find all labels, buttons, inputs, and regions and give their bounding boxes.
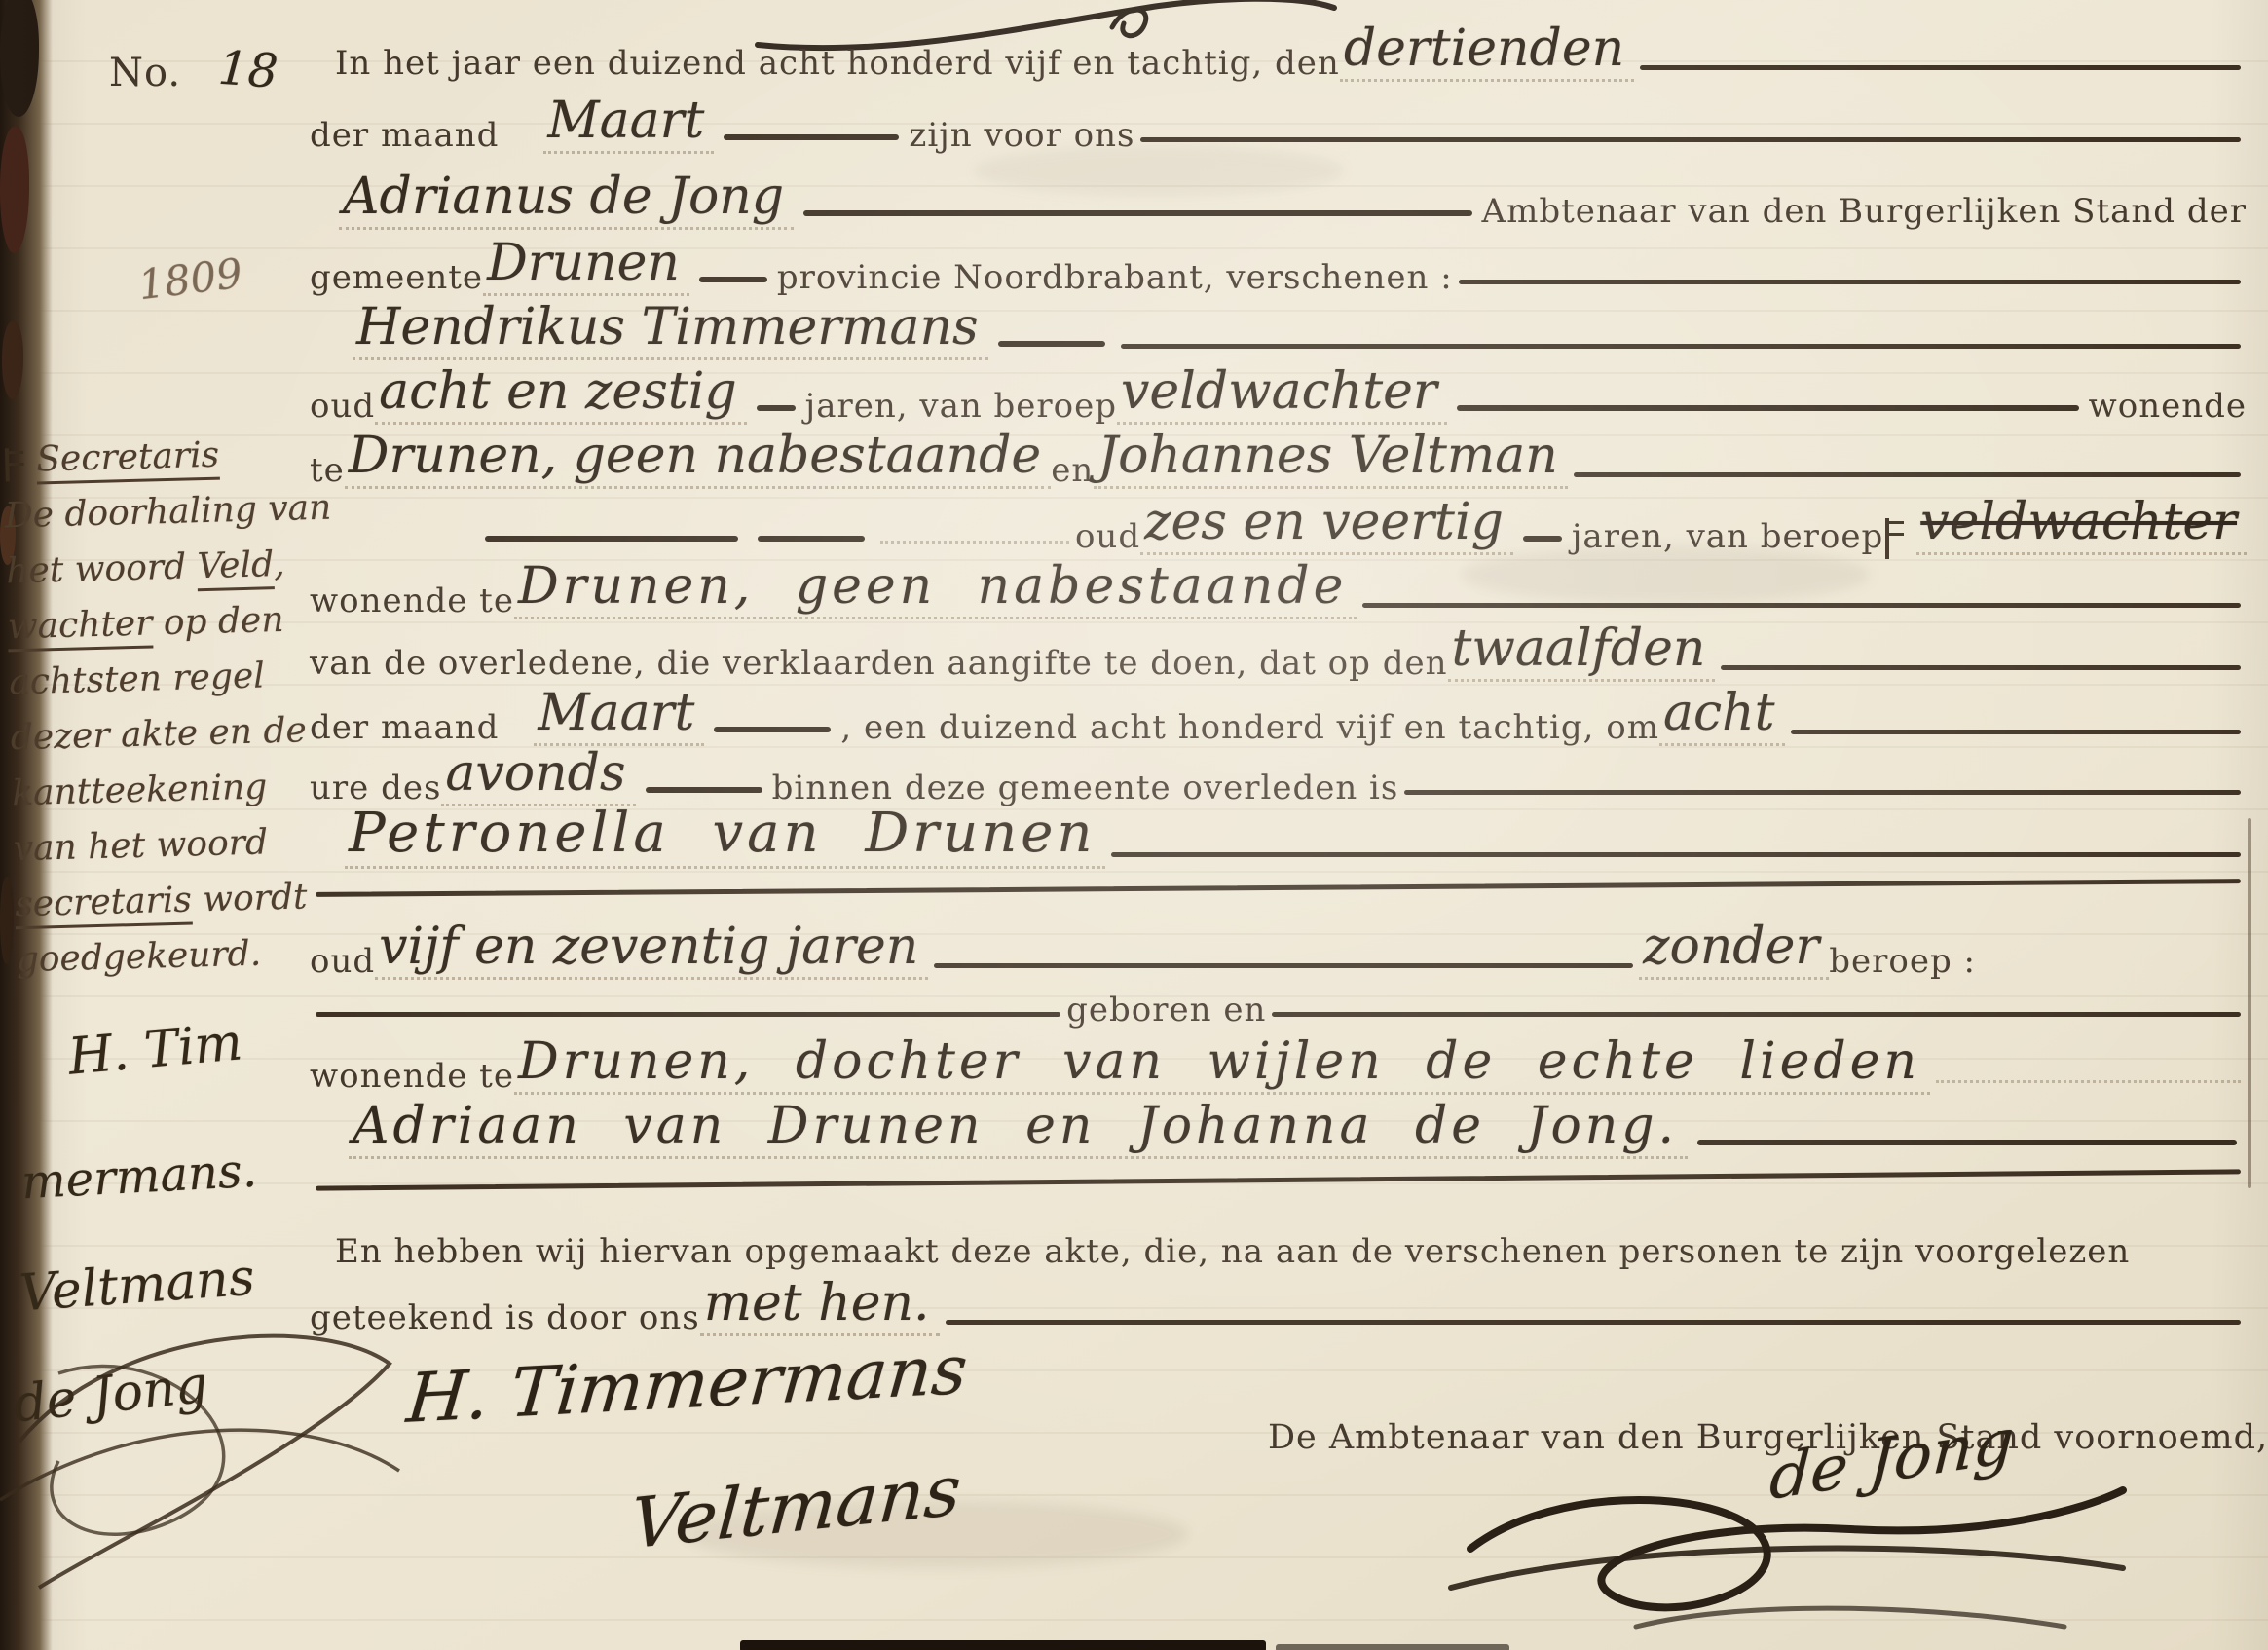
handwritten-declarant1-residence: Drunen, geen nabestaande: [345, 431, 1051, 489]
margin-line: van het woord: [13, 813, 335, 878]
handwritten-declarant2-age: zes en veertig: [1140, 497, 1513, 555]
ink-stroke: [714, 727, 831, 732]
form-line-3: Adrianus de Jong Ambtenaar van den Burge…: [310, 162, 2247, 230]
ink-stroke: [485, 536, 738, 542]
ink-stroke: [1523, 536, 1562, 542]
handwritten-declarant2-residence: Drunen, geen nabestaande: [514, 561, 1357, 619]
ink-rule: [1404, 790, 2241, 795]
ink-rule: [946, 1320, 2242, 1325]
death-record-scan: No. 18 1809 Secretaris De doorhaling van…: [0, 0, 2268, 1650]
handwritten-occupation-zonder: zonder: [1639, 921, 1829, 980]
margin-line: het woord Veld,: [6, 536, 328, 600]
margin-line: goedgekeurd.: [16, 924, 338, 989]
reference-flag-mark: [5, 448, 25, 482]
printed-text: der maand: [310, 119, 499, 154]
margin-line: kantteekening: [12, 758, 334, 822]
handwritten-declarant2-occupation-struck: veldwachter: [1916, 497, 2247, 555]
ink-stroke: [803, 210, 1472, 216]
handwritten-deceased-age: vijf en zeventig jaren: [375, 921, 928, 980]
handwritten-registrar-name: Adrianus de Jong: [339, 171, 794, 230]
printed-text: wonende te: [310, 584, 514, 619]
printed-text: geboren en: [1066, 994, 1266, 1029]
ink-rule: [1721, 665, 2241, 670]
form-line-20: En hebben wij hiervan opgemaakt deze akt…: [310, 1216, 2247, 1270]
printed-text: der maand: [310, 711, 499, 746]
form-line-6: oud acht en zestig jaren, van beroep vel…: [310, 360, 2247, 425]
ink-rule: [1362, 603, 2241, 608]
signature-witness-timmermans: H. Timmermans: [404, 1330, 971, 1439]
ink-stroke: [724, 134, 899, 140]
ink-rule: [934, 963, 1633, 968]
form-line-9: wonende te Drunen, geen nabestaande: [310, 555, 2247, 619]
margin-line: achtsten regel: [9, 647, 331, 711]
handwritten-declarant2-name: Johannes Veltman: [1094, 431, 1568, 489]
handwritten-deceased-name: Petronella van Drunen: [345, 806, 1105, 869]
margin-line: wachter op den: [7, 591, 329, 656]
printed-text: jaren, van beroep: [1572, 520, 1883, 555]
form-line-21: geteekend is door ons met hen.: [310, 1272, 2247, 1336]
printed-text: en: [1051, 454, 1094, 489]
record-number-label: No.: [109, 53, 181, 94]
margin-signature-timmermans-1: H. Tim: [66, 1013, 245, 1086]
ink-rule: [1140, 137, 2241, 142]
margin-annotation: Secretaris De doorhaling van het woord V…: [3, 425, 339, 988]
handwritten-day: dertienden: [1340, 23, 1634, 82]
form-line-16: geboren en: [310, 974, 2247, 1029]
record-number: No. 18: [109, 47, 287, 98]
ink-stroke: [1457, 405, 2079, 411]
ink-rule: [316, 879, 2241, 897]
form-line-13: Petronella van Drunen: [310, 797, 2247, 869]
handwritten-declarant1-occupation: veldwachter: [1117, 366, 1447, 425]
printed-text: , een duizend acht honderd vijf en tacht…: [840, 711, 1659, 746]
ink-rule: [1574, 472, 2241, 477]
ink-rule: [316, 1012, 1060, 1017]
ink-stroke: [1697, 1140, 2237, 1145]
printed-text: zijn voor ons: [909, 119, 1134, 154]
handwritten-deceased-parent-line: Drunen, dochter van wijlen de echte lied…: [514, 1036, 1930, 1095]
handwritten-municipality: Drunen: [483, 238, 689, 296]
handwritten-met-hen: met hen.: [700, 1278, 940, 1336]
margin-line: dezer akte en de: [10, 702, 332, 767]
printed-text: oud: [310, 390, 375, 425]
record-number-value: 18: [212, 44, 289, 100]
officer-attestation-label: De Ambtenaar van den Burgerlijken Stand …: [1268, 1420, 2268, 1456]
margin-signature-flourish: [0, 1295, 428, 1627]
year-note: 1809: [135, 249, 244, 310]
printed-text: wonende: [2089, 390, 2247, 425]
ink-stroke: [757, 405, 796, 411]
form-line-4: gemeente Drunen provincie Noordbrabant, …: [310, 232, 2247, 296]
reference-flag-mark: [1885, 518, 1905, 559]
form-line-8: oud zes en veertig jaren, van beroep vel…: [310, 491, 2247, 555]
ink-stroke: [998, 341, 1105, 347]
ink-rule: [1640, 65, 2241, 70]
form-line-2: der maand Maart zijn voor ons: [310, 90, 2247, 154]
form-line-11: der maand Maart , een duizend acht honde…: [310, 682, 2247, 746]
printed-text: En hebben wij hiervan opgemaakt deze akt…: [335, 1235, 2130, 1270]
dotted-leader: [880, 539, 1069, 544]
form-line-19: [310, 1155, 2247, 1194]
printed-text: provincie Noordbrabant, verschenen :: [777, 261, 1453, 296]
ink-stroke: [646, 787, 762, 793]
form-line-14: [310, 863, 2247, 902]
handwritten-death-month: Maart: [534, 688, 704, 746]
ink-rule: [1791, 730, 2241, 734]
officer-signature-flourish: [1441, 1481, 2142, 1646]
ink-rule: [1111, 852, 2241, 857]
margin-line: De doorhaling van: [4, 480, 326, 544]
form-line-5: Hendrikus Timmermans: [310, 292, 2247, 360]
margin-line: secretaris wordt: [15, 869, 337, 933]
ink-rule: [316, 1169, 2241, 1190]
handwritten-death-day: twaalfden: [1448, 623, 1716, 682]
printed-text: van de overledene, die verklaarden aangi…: [310, 647, 1448, 682]
form-line-7: te Drunen, geen nabestaande en Johannes …: [310, 425, 2247, 489]
margin-reference-word: Secretaris: [36, 435, 220, 485]
margin-signature-timmermans-2: mermans.: [20, 1144, 258, 1211]
ink-stroke: [699, 277, 767, 282]
printed-text: In het jaar een duizend acht honderd vij…: [335, 47, 1340, 82]
printed-text: Ambtenaar van den Burgerlijken Stand der: [1482, 195, 2247, 230]
printed-text: oud: [1075, 520, 1140, 555]
printed-text: geteekend is door ons: [310, 1301, 700, 1336]
scan-edge-shadow: [740, 1640, 1266, 1650]
handwritten-month: Maart: [543, 95, 714, 154]
handwritten-declarant1-age: acht en zestig: [375, 366, 747, 425]
printed-text: gemeente: [310, 261, 483, 296]
form-line-18: Adriaan van Drunen en Johanna de Jong.: [310, 1089, 2247, 1159]
margin-line: Secretaris: [3, 425, 325, 489]
printed-text: te: [310, 454, 345, 489]
form-line-17: wonende te Drunen, dochter van wijlen de…: [310, 1025, 2247, 1095]
ink-rule: [1459, 280, 2241, 284]
handwritten-parents-names: Adriaan van Drunen en Johanna de Jong.: [349, 1101, 1688, 1159]
form-line-1: In het jaar een duizend acht honderd vij…: [310, 18, 2247, 82]
ink-stroke: [758, 536, 865, 542]
ink-rule: [1272, 1012, 2241, 1017]
dotted-leader: [1936, 1078, 2241, 1083]
ink-rule: [1121, 344, 2241, 349]
handwritten-death-hour: acht: [1659, 688, 1785, 746]
form-line-15: oud vijf en zeventig jaren zonder beroep…: [310, 912, 1976, 980]
printed-text: jaren, van beroep: [805, 390, 1117, 425]
form-line-10: van de overledene, die verklaarden aangi…: [310, 618, 2247, 682]
handwritten-declarant1-name: Hendrikus Timmermans: [353, 302, 988, 360]
page-crease: [2248, 818, 2251, 1188]
